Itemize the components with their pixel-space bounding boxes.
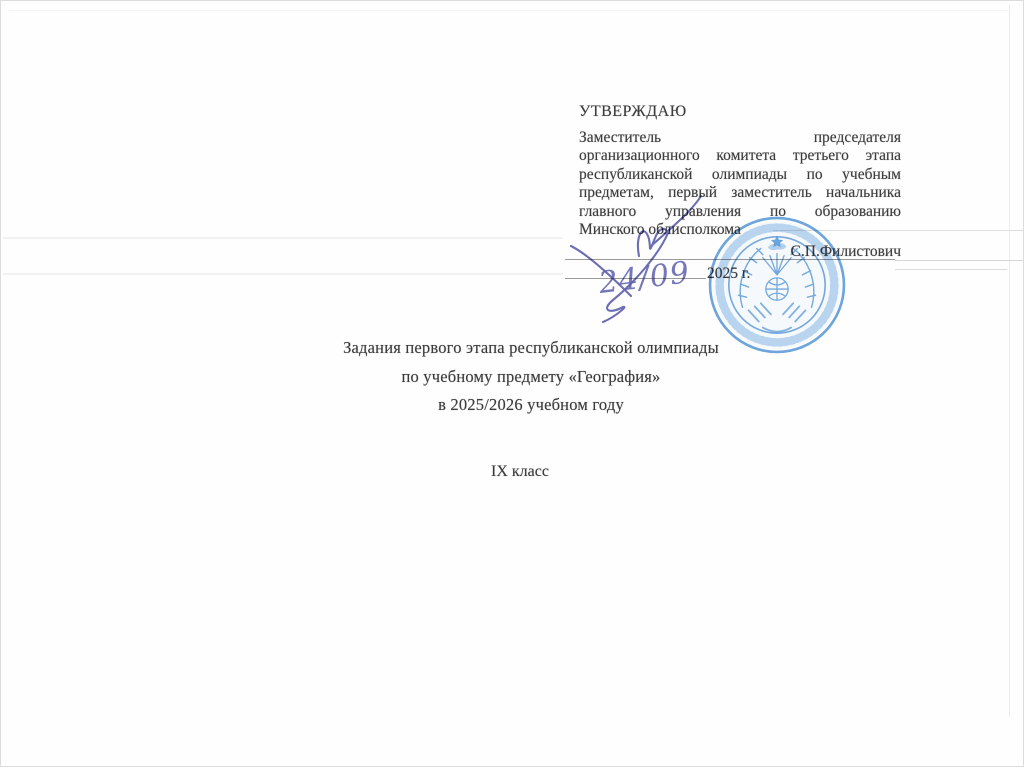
document-title: Задания первого этапа республиканской ол…	[231, 334, 831, 420]
scan-artifact-line	[1009, 5, 1010, 717]
scan-artifact-line	[3, 273, 563, 275]
document-title-line-1: Задания первого этапа республиканской ол…	[231, 334, 831, 363]
seal-emblem-globe	[766, 278, 788, 300]
handwritten-signature: 24/09	[551, 186, 736, 336]
approval-body-line: организационного комитета третьего этапа	[579, 147, 901, 166]
document-title-line-2: по учебному предмету «География»	[231, 363, 831, 392]
handwritten-date: 24/09	[596, 255, 692, 301]
grade-heading: IX класс	[220, 463, 820, 481]
scan-artifact-line	[3, 237, 563, 239]
scan-artifact-line	[9, 10, 1009, 11]
signature-stroke	[651, 196, 701, 246]
scan-artifact-line	[895, 260, 1023, 261]
document-title-line-3: в 2025/2026 учебном году	[231, 391, 831, 420]
approval-body-line: республиканской олимпиады по учебным	[579, 166, 901, 185]
scan-artifact-line	[895, 269, 1007, 270]
approval-body-line: Заместитель председателя	[579, 129, 901, 148]
approval-heading: УТВЕРЖДАЮ	[579, 103, 901, 122]
document-page: УТВЕРЖДАЮ Заместитель председателя орган…	[0, 0, 1024, 767]
